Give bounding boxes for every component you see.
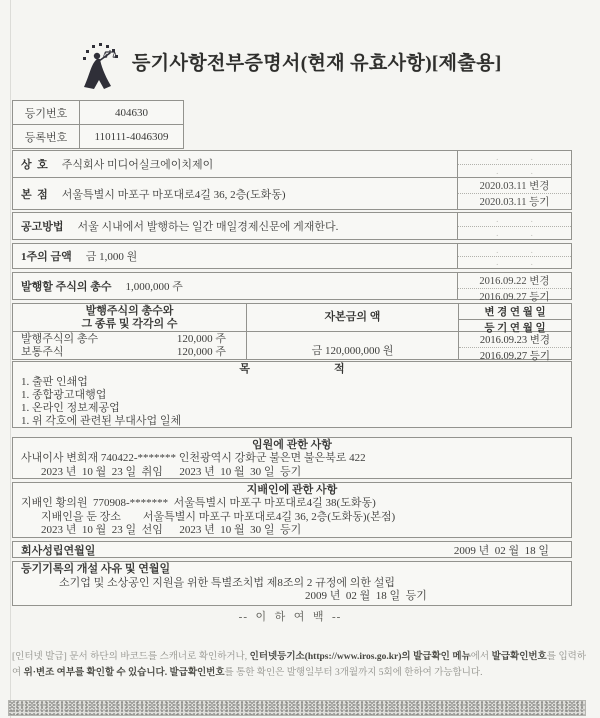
footer-text: 에서 [471,652,492,662]
issued-shares-body-row: 발행주식의 총수 120,000 주 보통주식 120,000 주 금 120,… [13,332,571,359]
footer-text-bold: 발급확인번호 [492,652,547,662]
footer-text: 를 통한 확인은 발행일부터 3개월까지 5회에 한하여 가능합니다. [225,668,483,678]
section-title: 임원에 관한 사항 [13,438,571,452]
capital-amount: 금 120,000,000 원 [247,332,459,359]
field-label: 등기번호 [13,101,80,124]
head-office-value: 서울특별시 마포구 마포대로4길 36, 2층(도화동) [62,186,286,202]
notice-method-value: 서울 시내에서 발행하는 일간 매일경제신문에 게재한다. [78,218,339,234]
record-opening-date: 2009 년 02 월 18 일 등기 [13,590,571,604]
incorporation-date-value: 2009 년 02 월 18 일 [454,542,549,558]
share-type: 보통주식 [21,346,64,359]
notice-method-row: 공고방법 서울 시내에서 발행하는 일간 매일경제신문에 게재한다. . . .… [12,212,572,240]
registration-date: . . [458,226,571,240]
field-label: 1주의 금액 [21,248,72,264]
field-label: 상 호 [21,156,48,172]
executive-entry: 사내이사 변희재 740422-******* 인천광역시 강화군 불은면 불은… [13,452,571,466]
purpose-item: 1. 위 각호에 관련된 부대사업 일체 [13,415,571,428]
record-opening-section: 등기기록의 개설 사유 및 연월일 소기업 및 소상공인 지원을 위한 특별조치… [12,561,572,606]
share-count: 120,000 주 [177,346,226,359]
manager-section: 지배인에 관한 사항 지배인 황의원 770908-******* 서울특별시 … [12,482,572,538]
manager-entry: 지배인 황의원 770908-******* 서울특별시 마포구 마포대로4길 … [13,497,571,511]
registration-date: 2016.09.27 등기 [458,288,571,304]
shares-header-line1: 발행주식의 총수와 [13,305,246,318]
purpose-title-char: 적 [334,363,345,376]
purpose-item: 1. 출판 인쇄업 [13,376,571,389]
footer-text-bold: 위·변조 여부를 확인할 수 있습니다. [24,668,170,678]
change-date: . . [458,244,571,256]
capital-header-label: 자본금의 액 [325,311,381,324]
trade-name-row: 상 호 주식회사 미디어실크에이치제이 . . . . [13,151,571,177]
capital-header-cell: 자본금의 액 [247,304,459,331]
issued-shares-header-row: 발행주식의 총수와 그 종류 및 각각의 수 자본금의 액 변 경 연 월 일 … [13,304,571,332]
incorporation-date-row: 회사성립연월일 2009 년 02 월 18 일 [12,541,572,558]
registry-number-table: 등기번호 404630 등록번호 110111-4046309 [12,100,184,149]
authorized-shares-value: 1,000,000 주 [126,278,183,294]
purpose-title: 목 적 [13,363,571,376]
authorized-shares-row: 발행할 주식의 총수 1,000,000 주 2016.09.22 변경 201… [12,272,572,300]
change-date: . . [458,213,571,226]
executives-section: 임원에 관한 사항 사내이사 변희재 740422-******* 인천광역시 … [12,437,572,479]
field-value: 404630 [80,101,183,124]
field-label: 본 점 [21,186,48,202]
change-date: 2016.09.22 변경 [458,273,571,288]
record-number-row: 등록번호 110111-4046309 [13,124,183,148]
change-date: . . [458,151,571,164]
registration-date: . . [458,164,571,178]
page-title: 등기사항전부증명서(현재 유효사항)[제출용] [132,48,502,75]
registration-date: 2020.03.11 등기 [458,193,571,209]
manager-place: 지배인을 둔 장소 서울특별시 마포구 마포대로4길 36, 2층(도화동)(본… [13,511,571,525]
field-label: 발행할 주식의 총수 [21,278,112,294]
footer-text-bold: 발급확인번호 [169,668,224,678]
share-type: 발행주식의 총수 [21,333,98,346]
change-date-header: 변 경 연 월 일 [459,304,571,319]
registration-date: . . [458,256,571,269]
shares-header-cell: 발행주식의 총수와 그 종류 및 각각의 수 [13,304,247,331]
registry-number-row: 등기번호 404630 [13,101,183,124]
share-count: 120,000 주 [177,333,226,346]
change-reg-date-column: 2020.03.11 변경 2020.03.11 등기 [457,178,571,209]
security-noise-strip [8,700,586,716]
footer-text-bold: 인터넷등기소(https://www.iros.go.kr)의 발급확인 메뉴 [250,652,471,662]
purpose-section: 목 적 1. 출판 인쇄업 1. 종합광고대행업 1. 온라인 정보제공업 1.… [12,361,572,428]
registry-certificate-document: 등기사항전부증명서(현재 유효사항)[제출용] 등기번호 404630 등록번호… [0,0,600,718]
share-price-row: 1주의 금액 금 1,000 원 . . . . [12,243,572,269]
issued-shares-table: 발행주식의 총수와 그 종류 및 각각의 수 자본금의 액 변 경 연 월 일 … [12,303,572,360]
purpose-item: 1. 온라인 정보제공업 [13,402,571,415]
trade-name-value: 주식회사 미디어실크에이치제이 [62,156,214,172]
change-reg-date-column: . . . . [457,151,571,177]
change-reg-date-column: 2016.09.22 변경 2016.09.27 등기 [457,273,571,299]
shares-body-cell: 발행주식의 총수 120,000 주 보통주식 120,000 주 [13,332,247,359]
footer-text: [인터넷 발급] 문서 하단의 바코드를 스캐너로 확인하거나, [12,652,250,662]
field-label: 등록번호 [13,125,80,148]
date-body-cell: 2016.09.23 변경 2016.09.27 등기 [459,332,571,359]
share-price-value: 금 1,000 원 [86,248,138,264]
record-opening-reason: 소기업 및 소상공인 지원을 위한 특별조치법 제8조의 2 규정에 의한 설립 [13,577,571,591]
field-label: 회사성립연월일 [21,542,95,558]
change-reg-date-column: . . . . [457,244,571,268]
section-title: 등기기록의 개설 사유 및 연월일 [13,563,571,577]
change-date: 2020.03.11 변경 [458,178,571,193]
company-info-table: 상 호 주식회사 미디어실크에이치제이 . . . . 본 점 서울특별시 마포… [12,150,572,210]
field-label: 공고방법 [21,218,64,234]
shares-header-line2: 그 종류 및 각각의 수 [13,318,246,331]
change-reg-date-column: . . . . [457,213,571,239]
purpose-item: 1. 종합광고대행업 [13,389,571,402]
justice-scales-emblem-icon [80,38,120,92]
head-office-row: 본 점 서울특별시 마포구 마포대로4길 36, 2층(도화동) 2020.03… [13,177,571,209]
end-of-content-marker: -- 이 하 여 백 -- [0,608,580,624]
field-value: 110111-4046309 [80,125,183,148]
manager-dates: 2023 년 10 월 23 일 선임 2023 년 10 월 30 일 등기 [13,524,571,538]
footer-note: [인터넷 발급] 문서 하단의 바코드를 스캐너로 확인하거나, 인터넷등기소(… [12,650,586,681]
section-title: 지배인에 관한 사항 [13,483,571,497]
purpose-title-char: 목 [239,363,250,376]
executive-dates: 2023 년 10 월 23 일 취임 2023 년 10 월 30 일 등기 [13,466,571,480]
date-header-cell: 변 경 연 월 일 등 기 연 월 일 [459,304,571,331]
change-date: 2016.09.23 변경 [459,332,571,347]
document-header: 등기사항전부증명서(현재 유효사항)[제출용] [80,30,502,92]
